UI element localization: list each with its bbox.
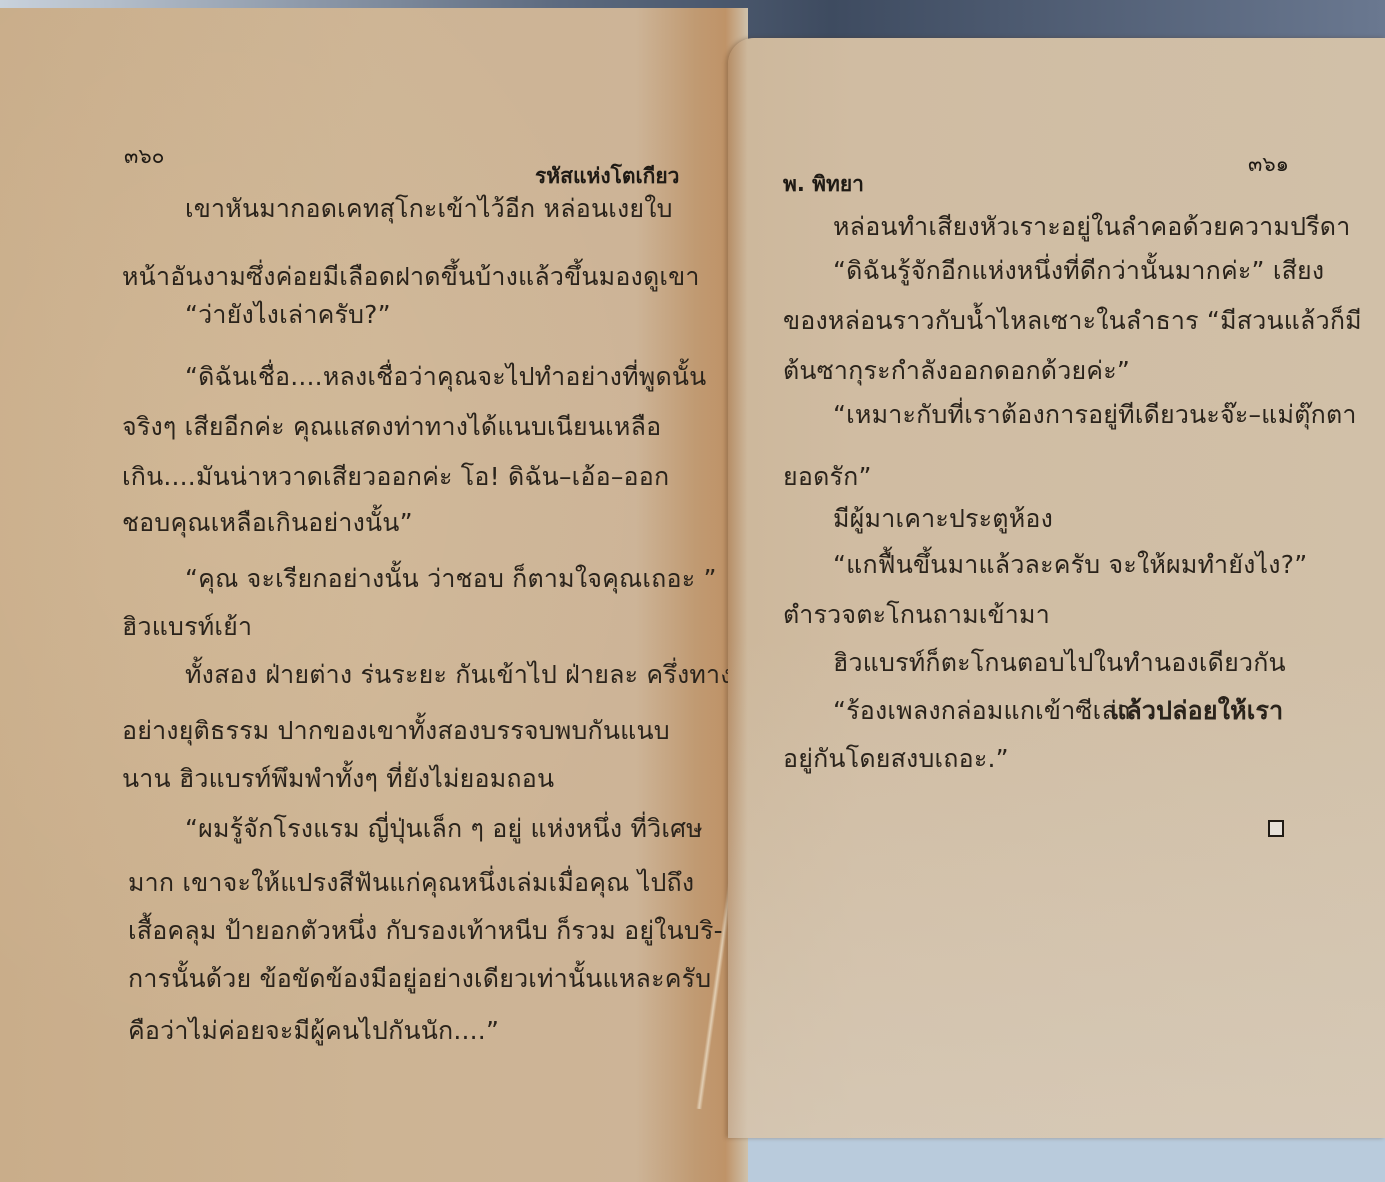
text-line-bold: แล้วปล่อยให้เรา [1110,696,1283,726]
text-line: “ดิฉันรู้จักอีกแห่งหนึ่งที่ดีกว่านั้นมาก… [833,256,1324,286]
text-line: เสื้อคลุม ป้ายอกตัวหนึ่ง กับรองเท้าหนีบ … [128,916,723,946]
text-line: นาน ฮิวแบรท์พึมพำทั้งๆ ที่ยังไม่ยอมถอน [122,764,554,794]
text-line: คือว่าไม่ค่อยจะมีผู้คนไปกันนัก....” [128,1016,499,1046]
text-line: “ดิฉันเชื่อ....หลงเชื่อว่าคุณจะไปทำอย่าง… [185,362,706,392]
end-of-chapter-square-icon [1268,820,1284,837]
text-line: เขาหันมากอดเคทสุโกะเข้าไว้อีก หล่อนเงยใบ [185,194,673,224]
text-line: ฮิวแบรท์ก็ตะโกนตอบไปในทำนองเดียวกัน [833,648,1286,678]
text-line: ชอบคุณเหลือเกินอย่างนั้น” [122,508,413,538]
text-line: ตำรวจตะโกนถามเข้ามา [783,600,1050,630]
text-line: มีผู้มาเคาะประตูห้อง [833,504,1053,534]
text-line: ยอดรัก” [783,462,872,492]
text-line: มาก เขาจะให้แปรงสีฟันแก่คุณหนึ่งเล่มเมื่… [128,868,694,898]
text-line: “ผมรู้จักโรงแรม ญี่ปุ่นเล็ก ๆ อยู่ แห่งห… [185,814,703,844]
text-line: “แกฟื้นขึ้นมาแล้วละครับ จะให้ผมทำยังไง?” [833,550,1307,580]
left-running-header: รหัสแห่งโตเกียว [535,160,679,193]
text-line: หล่อนทำเสียงหัวเราะอยู่ในลำคอด้วยความปรี… [833,212,1350,242]
text-line: ต้นซากุระกำลังออกดอกด้วยค่ะ” [783,356,1130,386]
text-line: เกิน....มันน่าหวาดเสียวออกค่ะ โอ! ดิฉัน–… [122,462,669,492]
text-line: “เหมาะกับที่เราต้องการอยู่ทีเดียวนะจ๊ะ–แ… [833,400,1357,430]
text-line: “ร้องเพลงกล่อมแกเข้าซีเล่า [833,696,1131,726]
text-line: หน้าอันงามซึ่งค่อยมีเลือดฝาดขึ้นบ้างแล้ว… [122,262,700,292]
right-page-number: ๓๖๑ [1248,148,1289,181]
right-running-header: พ. พิทยา [783,168,864,201]
text-line: จริงๆ เสียอีกค่ะ คุณแสดงท่าทางได้แนบเนีย… [122,412,661,442]
left-page-number: ๓๖๐ [124,140,165,173]
right-page [728,38,1385,1138]
text-line: ฮิวแบรท์เย้า [122,612,252,642]
text-line: อยู่กันโดยสงบเถอะ.” [783,744,1009,774]
text-line: ของหล่อนราวกับน้ำไหลเซาะในลำธาร “มีสวนแล… [783,306,1362,336]
text-line: ทั้งสอง ฝ่ายต่าง ร่นระยะ กันเข้าไป ฝ่ายล… [185,660,733,690]
text-line: “ว่ายังไงเล่าครับ?” [185,300,391,330]
text-line: การนั้นด้วย ข้อขัดข้องมีอยู่อย่างเดียวเท… [128,964,711,994]
text-line: “คุณ จะเรียกอย่างนั้น ว่าชอบ ก็ตามใจคุณเ… [185,564,717,594]
text-line: อย่างยุติธรรม ปากของเขาทั้งสองบรรจบพบกัน… [122,716,670,746]
